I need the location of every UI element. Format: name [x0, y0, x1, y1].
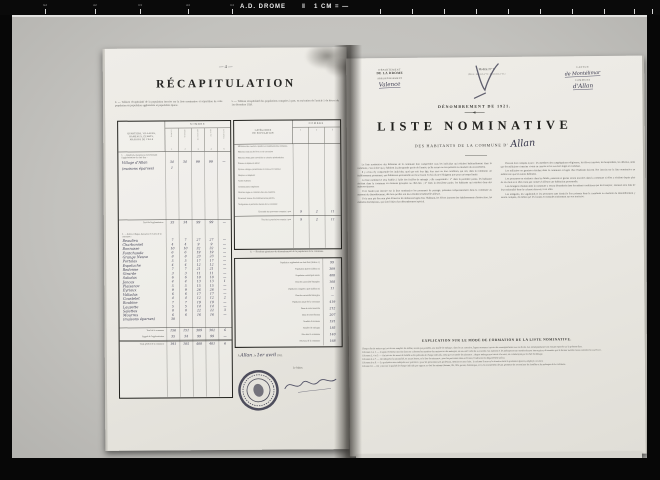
commune-handwritten: d'Allan — [573, 82, 594, 90]
table-cell: 99 — [191, 160, 204, 164]
ruler-tick — [140, 9, 141, 14]
table-row: (maisons éparses)30 — [119, 317, 231, 322]
table-cell: Population municipale totale — [235, 274, 323, 277]
table-cell: Nés hors de la commune — [236, 340, 324, 343]
maisons-eparses-row: (maisons éparses)30 — [119, 317, 231, 322]
table-row: (maisons éparses)1 — [118, 165, 230, 172]
table-row: Il ne faudra pas inscrire sur la liste n… — [357, 189, 492, 197]
category-rows: Militaires des casernes, quartiers et ét… — [234, 144, 340, 209]
table-row: Total général de la commune1911854084016 — [120, 341, 232, 348]
ruler-tick-label: G2 — [43, 3, 47, 7]
table-row: Nés hors de la commune168 — [236, 338, 342, 345]
ruler-tick — [444, 9, 445, 14]
table-cell: Population totale de la commune — [235, 301, 323, 304]
date-year: 1921. — [277, 354, 283, 357]
table-cell: 9 — [293, 210, 309, 214]
table-cell: Dont de sexe masculin — [235, 307, 323, 310]
table-cell: 2 — [309, 210, 325, 214]
table-cell: 34 — [180, 335, 193, 339]
ruler-tick-label: C3 — [138, 3, 142, 7]
table-row: Total de l'agglomération35349999— — [119, 219, 231, 226]
table-cell: 99 — [205, 221, 218, 225]
table-row: Il y a lieu d'y comprendre les individus… — [357, 170, 492, 178]
scanned-document-area: — 4 — RÉCAPITULATION 4. — Tableau récapi… — [12, 15, 647, 458]
ruler-tick — [476, 9, 477, 14]
table-cell: Nombre de ménages — [236, 327, 324, 330]
table-cell: 401 — [206, 342, 219, 346]
explication-paragraphs: Chaque tête de maison qui sait écrire re… — [357, 345, 638, 412]
table-cell: 185 — [180, 342, 193, 346]
handwritten-check-mark — [472, 61, 500, 100]
table-cell: 302 — [206, 329, 219, 333]
table-cell: Dont de nationalité étrangère — [235, 294, 323, 297]
table-cell: Population comptée à part (tableau 3) — [235, 288, 323, 291]
ruler-tick-label: A4 — [186, 3, 190, 7]
denombrement-heading: DÉNOMBREMENT DE 1921. — [347, 103, 603, 110]
ruler-tick-label: A2 — [93, 3, 97, 7]
nombre-subcolumns: de maisons1 de ménages2 pop. municipale3… — [165, 128, 230, 151]
table-quartiers-col-header: QUARTIERS, VILLAGES, HAMEAUX, ÉCARTS, MA… — [118, 121, 165, 151]
table-cell: 35 — [167, 335, 180, 339]
microfilm-viewer: A.D. DROME ‖ 1 CM = — G2A2C3A4C4 — 4 — R… — [0, 0, 660, 480]
table-cell: 6 — [219, 328, 232, 332]
canton-handwritten: de Montélimar — [565, 70, 601, 78]
table-quartiers: QUARTIERS, VILLAGES, HAMEAUX, ÉCARTS, MA… — [117, 120, 233, 399]
ruler-tick — [652, 9, 653, 14]
table-row: Rappel de l'agglomération35349999— — [120, 333, 232, 340]
table-row: Il n'y aura pas lieu non plus d'inscrire… — [357, 196, 492, 204]
ruler-tick — [508, 9, 509, 14]
table-row: La liste nominative des habitants de la … — [357, 162, 492, 170]
table-quartiers-header: QUARTIERS, VILLAGES, HAMEAUX, ÉCARTS, MA… — [118, 121, 230, 152]
ruler-tick — [45, 9, 46, 14]
table-cell: Population agglomérée au chef-lieu (tabl… — [235, 261, 323, 264]
instructions-body-text: La liste nominative des habitants de la … — [357, 161, 637, 334]
table-captions: 4. — Tableau récapitulatif de la populat… — [115, 99, 339, 107]
table-cell: 34 — [178, 160, 191, 164]
mayor-signature — [283, 373, 338, 395]
ruler-tick — [634, 9, 635, 14]
subtitle-printed: DES HABITANTS DE LA COMMUNE D' — [415, 143, 509, 148]
ruler-tick-label: C4 — [230, 3, 234, 7]
table-categories: CATÉGORIES DE POPULATION NOMBRE 1 2 3 — [233, 119, 342, 250]
table-cell: 151 — [180, 329, 193, 333]
ruler-separator: ‖ — [302, 4, 306, 10]
table-cell: 1 — [165, 166, 178, 170]
subtitle-commune-handwritten: Allan — [510, 137, 535, 150]
table-cell: 191 — [167, 342, 180, 346]
table-cell: (maisons éparses) — [118, 166, 165, 171]
table-cell: Population éparse (tableau 2) — [235, 268, 323, 271]
table-row: Les étrangers résidant dans la commune y… — [501, 184, 636, 192]
mairie-stamp — [237, 369, 280, 412]
table-cell: (maisons éparses) — [119, 317, 166, 322]
ruler-tick — [604, 9, 605, 14]
table-resultats: Population agglomérée au chef-lieu (tabl… — [234, 257, 343, 348]
ruler-tick — [95, 9, 96, 14]
table-row: Ensemble des personnes comptées à part92… — [235, 207, 341, 215]
heading-ornament — [465, 112, 485, 113]
table-cell: 408 — [193, 342, 206, 346]
table-cell: Dont de nationalité étrangère — [235, 281, 323, 284]
total-compte-a-part-row: Total de la population comptée à part921… — [235, 215, 341, 224]
table-cell: Ensemble des personnes comptées à part — [235, 210, 293, 213]
table-cell: 309 — [193, 329, 206, 333]
table-cell: 34 — [165, 160, 178, 164]
ruler-tick — [540, 9, 541, 14]
table-cell: — — [218, 221, 231, 225]
ruler-tick — [412, 9, 413, 14]
table-cell: — — [217, 160, 230, 164]
table-cell: Nés dans la commune — [236, 333, 324, 336]
table-row: Doivent être comptés à part : les membre… — [501, 161, 636, 169]
table-cell: 156 — [167, 329, 180, 333]
date-place-handwritten: Allan — [240, 353, 252, 358]
hamlet-rows: Beaulieu772727—Charbonnel4499—Bonnasse10… — [119, 238, 232, 318]
signature-block: À Allan , le 1er avril 1921. Le Maire, — [235, 351, 344, 447]
table-row: Total de la population comptée à part921… — [235, 215, 341, 223]
table-cell: Dont de sexe féminin — [235, 314, 323, 317]
table-cell: Total général de la commune — [120, 343, 167, 346]
ruler-tick — [572, 9, 573, 14]
caption-table-5: 5. — Tableau récapitulatif des populatio… — [231, 99, 339, 107]
ruler-scale-label: 1 CM = — — [314, 4, 349, 10]
subtitle-divider — [465, 155, 487, 156]
table-cell: 99 — [192, 221, 205, 225]
page-number: — 4 — — [105, 63, 347, 70]
arrondissement-handwritten: Valence — [379, 81, 401, 89]
table-cell: Total de la commune — [120, 329, 167, 332]
resultats-caption: 6. — Résultats généraux du dénombrement … — [232, 250, 342, 254]
canton-commune-block: CANTON de Montélimar COMMUNE d'Allan — [545, 64, 620, 91]
explication-title: EXPLICATION SUR LE MODE DE FORMATION DE … — [349, 337, 645, 344]
table-cell: 99 — [193, 335, 206, 339]
table-cell: 9 — [293, 218, 309, 222]
right-page: DÉPARTEMENT DE LA DROME ARRONDISSEMENT V… — [346, 56, 647, 457]
grand-total-row: Total général de la commune1911854084016 — [120, 339, 232, 347]
table-cell: Total de la population comptée à part — [235, 218, 293, 221]
categories-col-header: CATÉGORIES DE POPULATION — [234, 121, 292, 144]
recapitulation-title: RÉCAPITULATION — [105, 76, 347, 91]
table-row: Les indigents, les vagabonds et les pers… — [501, 191, 636, 199]
table-cell: Rappel de l'agglomération — [120, 335, 167, 338]
date-handwritten: 1er avril — [257, 353, 276, 358]
rappel-row: Rappel de l'agglomération35349999— — [120, 333, 232, 340]
resultats-rows: Population agglomérée au chef-lieu (tabl… — [235, 259, 342, 345]
agglomeration-rows: Village d'Allan34349999—(maisons éparses… — [118, 159, 230, 172]
left-page: — 4 — RÉCAPITULATION 4. — Tableau récapi… — [103, 47, 350, 451]
page-gutter-shadow — [334, 45, 362, 458]
ruler-tick — [188, 9, 189, 14]
departement-block: DÉPARTEMENT DE LA DROME ARRONDISSEMENT V… — [357, 69, 422, 89]
total-agglomeration-row: Total de l'agglomération35349999— — [119, 219, 231, 226]
table-cell: 6 — [219, 342, 232, 346]
table-cell: Nombre de maisons — [236, 320, 324, 323]
table-cell: 2 — [309, 218, 325, 222]
liste-nominative-title: LISTE NOMINATIVE — [347, 118, 603, 134]
table-cell: 34 — [179, 221, 192, 225]
archive-agency-label: A.D. DROME — [240, 4, 286, 10]
ruler-tick — [232, 9, 233, 14]
ruler-tick — [380, 9, 381, 14]
table-cell: 99 — [204, 160, 217, 164]
table-row: La liste nominative sera établie à l'aid… — [357, 177, 492, 188]
maire-label: Le Maire, — [293, 366, 303, 369]
caption-table-4: 4. — Tableau récapitulatif de la populat… — [115, 100, 223, 108]
table-cell: 30 — [167, 317, 180, 321]
table-cell: Total de l'agglomération — [119, 222, 166, 225]
table-cell: Village d'Allan — [118, 160, 165, 165]
film-ruler-bar: A.D. DROME ‖ 1 CM = — G2A2C3A4C4 — [0, 0, 660, 15]
table-cell: — — [219, 334, 232, 338]
table-row: Les militaires en garnison résidant dans… — [501, 168, 636, 176]
table-cell: 35 — [166, 221, 179, 225]
table-cell: 99 — [206, 335, 219, 339]
ensemble-row: Ensemble des personnes comptées à part92… — [235, 207, 341, 215]
